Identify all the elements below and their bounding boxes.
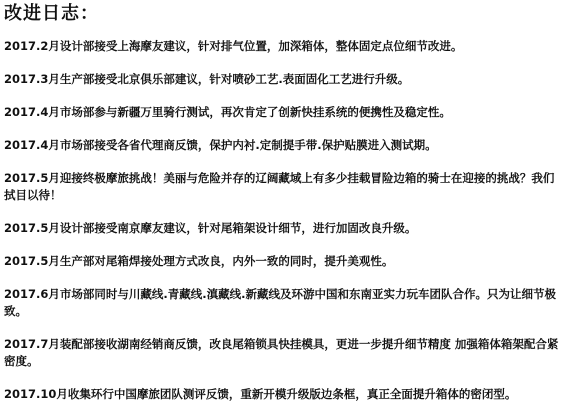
page-title: 改进日志： (4, 2, 99, 26)
changelog-entry: 2017.2月设计部接受上海摩友建议，针对排气位置，加深箱体，整体固定点位细节改… (4, 38, 562, 55)
changelog-entry: 2017.4月市场部参与新疆万里骑行测试，再次肯定了创新快挂系统的便携性及稳定性… (4, 104, 562, 121)
changelog-entry: 2017.3月生产部接受北京俱乐部建议，针对喷砂工艺.表面固化工艺进行升级。 (4, 71, 562, 88)
changelog-list: 2017.2月设计部接受上海摩友建议，针对排气位置，加深箱体，整体固定点位细节改… (4, 38, 562, 416)
changelog-entry: 2017.6月市场部同时与川藏线.青藏线.滇藏线.新藏线及环游中国和东南亚实力玩… (4, 286, 562, 320)
changelog-entry: 2017.7月装配部接收湖南经销商反馈，改良尾箱锁具快挂模具，更进一步提升细节精… (4, 336, 562, 370)
changelog-entry: 2017.5月设计部接受南京摩友建议，针对尾箱架设计细节，进行加固改良升级。 (4, 220, 562, 237)
changelog-entry: 2017.5月生产部对尾箱焊接处理方式改良，内外一致的同时，提升美观性。 (4, 253, 562, 270)
changelog-entry: 2017.4月市场部接受各省代理商反馈，保护内衬.定制提手带.保护贴膜进入测试期… (4, 137, 562, 154)
changelog-entry: 2017.5月迎接终极摩旅挑战！美丽与危险并存的辽阔藏域上有多少挂载冒险边箱的骑… (4, 170, 562, 204)
changelog-entry: 2017.10月收集环行中国摩旅团队测评反馈，重新开模升级版边条框，真正全面提升… (4, 386, 562, 403)
